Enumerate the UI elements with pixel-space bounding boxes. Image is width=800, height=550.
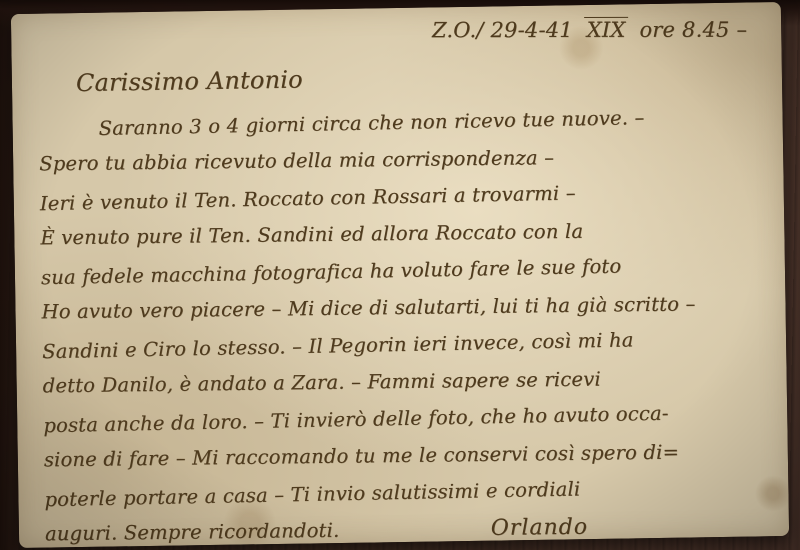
signature: Orlando	[491, 515, 589, 541]
dateline-time: ore 8.45 –	[639, 18, 747, 42]
dateline-era-year: XIX	[584, 17, 629, 42]
dateline: Z.O./ 29-4-41 XIX ore 8.45 –	[11, 18, 747, 43]
closing-line: auguri. Sempre ricordandoti. Orlando	[45, 507, 769, 550]
photo-of-postcard: Z.O./ 29-4-41 XIX ore 8.45 – Carissimo A…	[0, 0, 800, 550]
letter-body: Saranno 3 o 4 giorni circa che non ricev…	[38, 98, 769, 550]
dateline-place-date: Z.O./ 29-4-41	[432, 18, 573, 42]
closing-text: auguri. Sempre ricordandoti.	[45, 519, 340, 546]
salutation: Carissimo Antonio	[76, 66, 303, 98]
postcard: Z.O./ 29-4-41 XIX ore 8.45 – Carissimo A…	[11, 2, 789, 548]
